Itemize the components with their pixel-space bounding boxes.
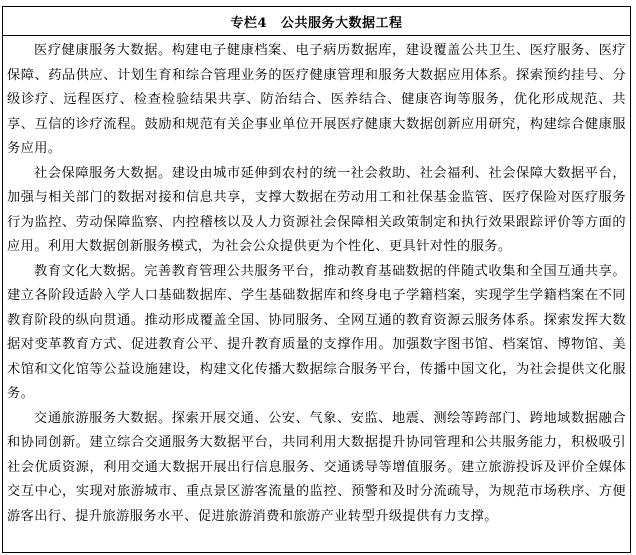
sidebar-box: 专栏4 公共服务大数据工程 医疗健康服务大数据。构建电子健康档案、电子病历数据库… bbox=[2, 6, 631, 553]
paragraph-education-culture: 教育文化大数据。完善教育管理公共服务平台，推动教育基础数据的伴随式收集和全国互通… bbox=[7, 260, 626, 407]
paragraph-transport-tourism: 交通旅游服务大数据。探索开展交通、公安、气象、安监、地震、测绘等跨部门、跨地域数… bbox=[7, 407, 626, 530]
box-body: 医疗健康服务大数据。构建电子健康档案、电子病历数据库，建设覆盖公共卫生、医疗服务… bbox=[3, 36, 630, 529]
box-title-text: 公共服务大数据工程 bbox=[281, 12, 403, 31]
box-title: 专栏4 公共服务大数据工程 bbox=[3, 7, 630, 36]
paragraph-social-security: 社会保障服务大数据。建设由城市延伸到农村的统一社会救助、社会福利、社会保障大数据… bbox=[7, 162, 626, 260]
paragraph-healthcare: 医疗健康服务大数据。构建电子健康档案、电子病历数据库，建设覆盖公共卫生、医疗服务… bbox=[7, 39, 626, 162]
box-title-prefix: 专栏4 bbox=[230, 12, 267, 31]
